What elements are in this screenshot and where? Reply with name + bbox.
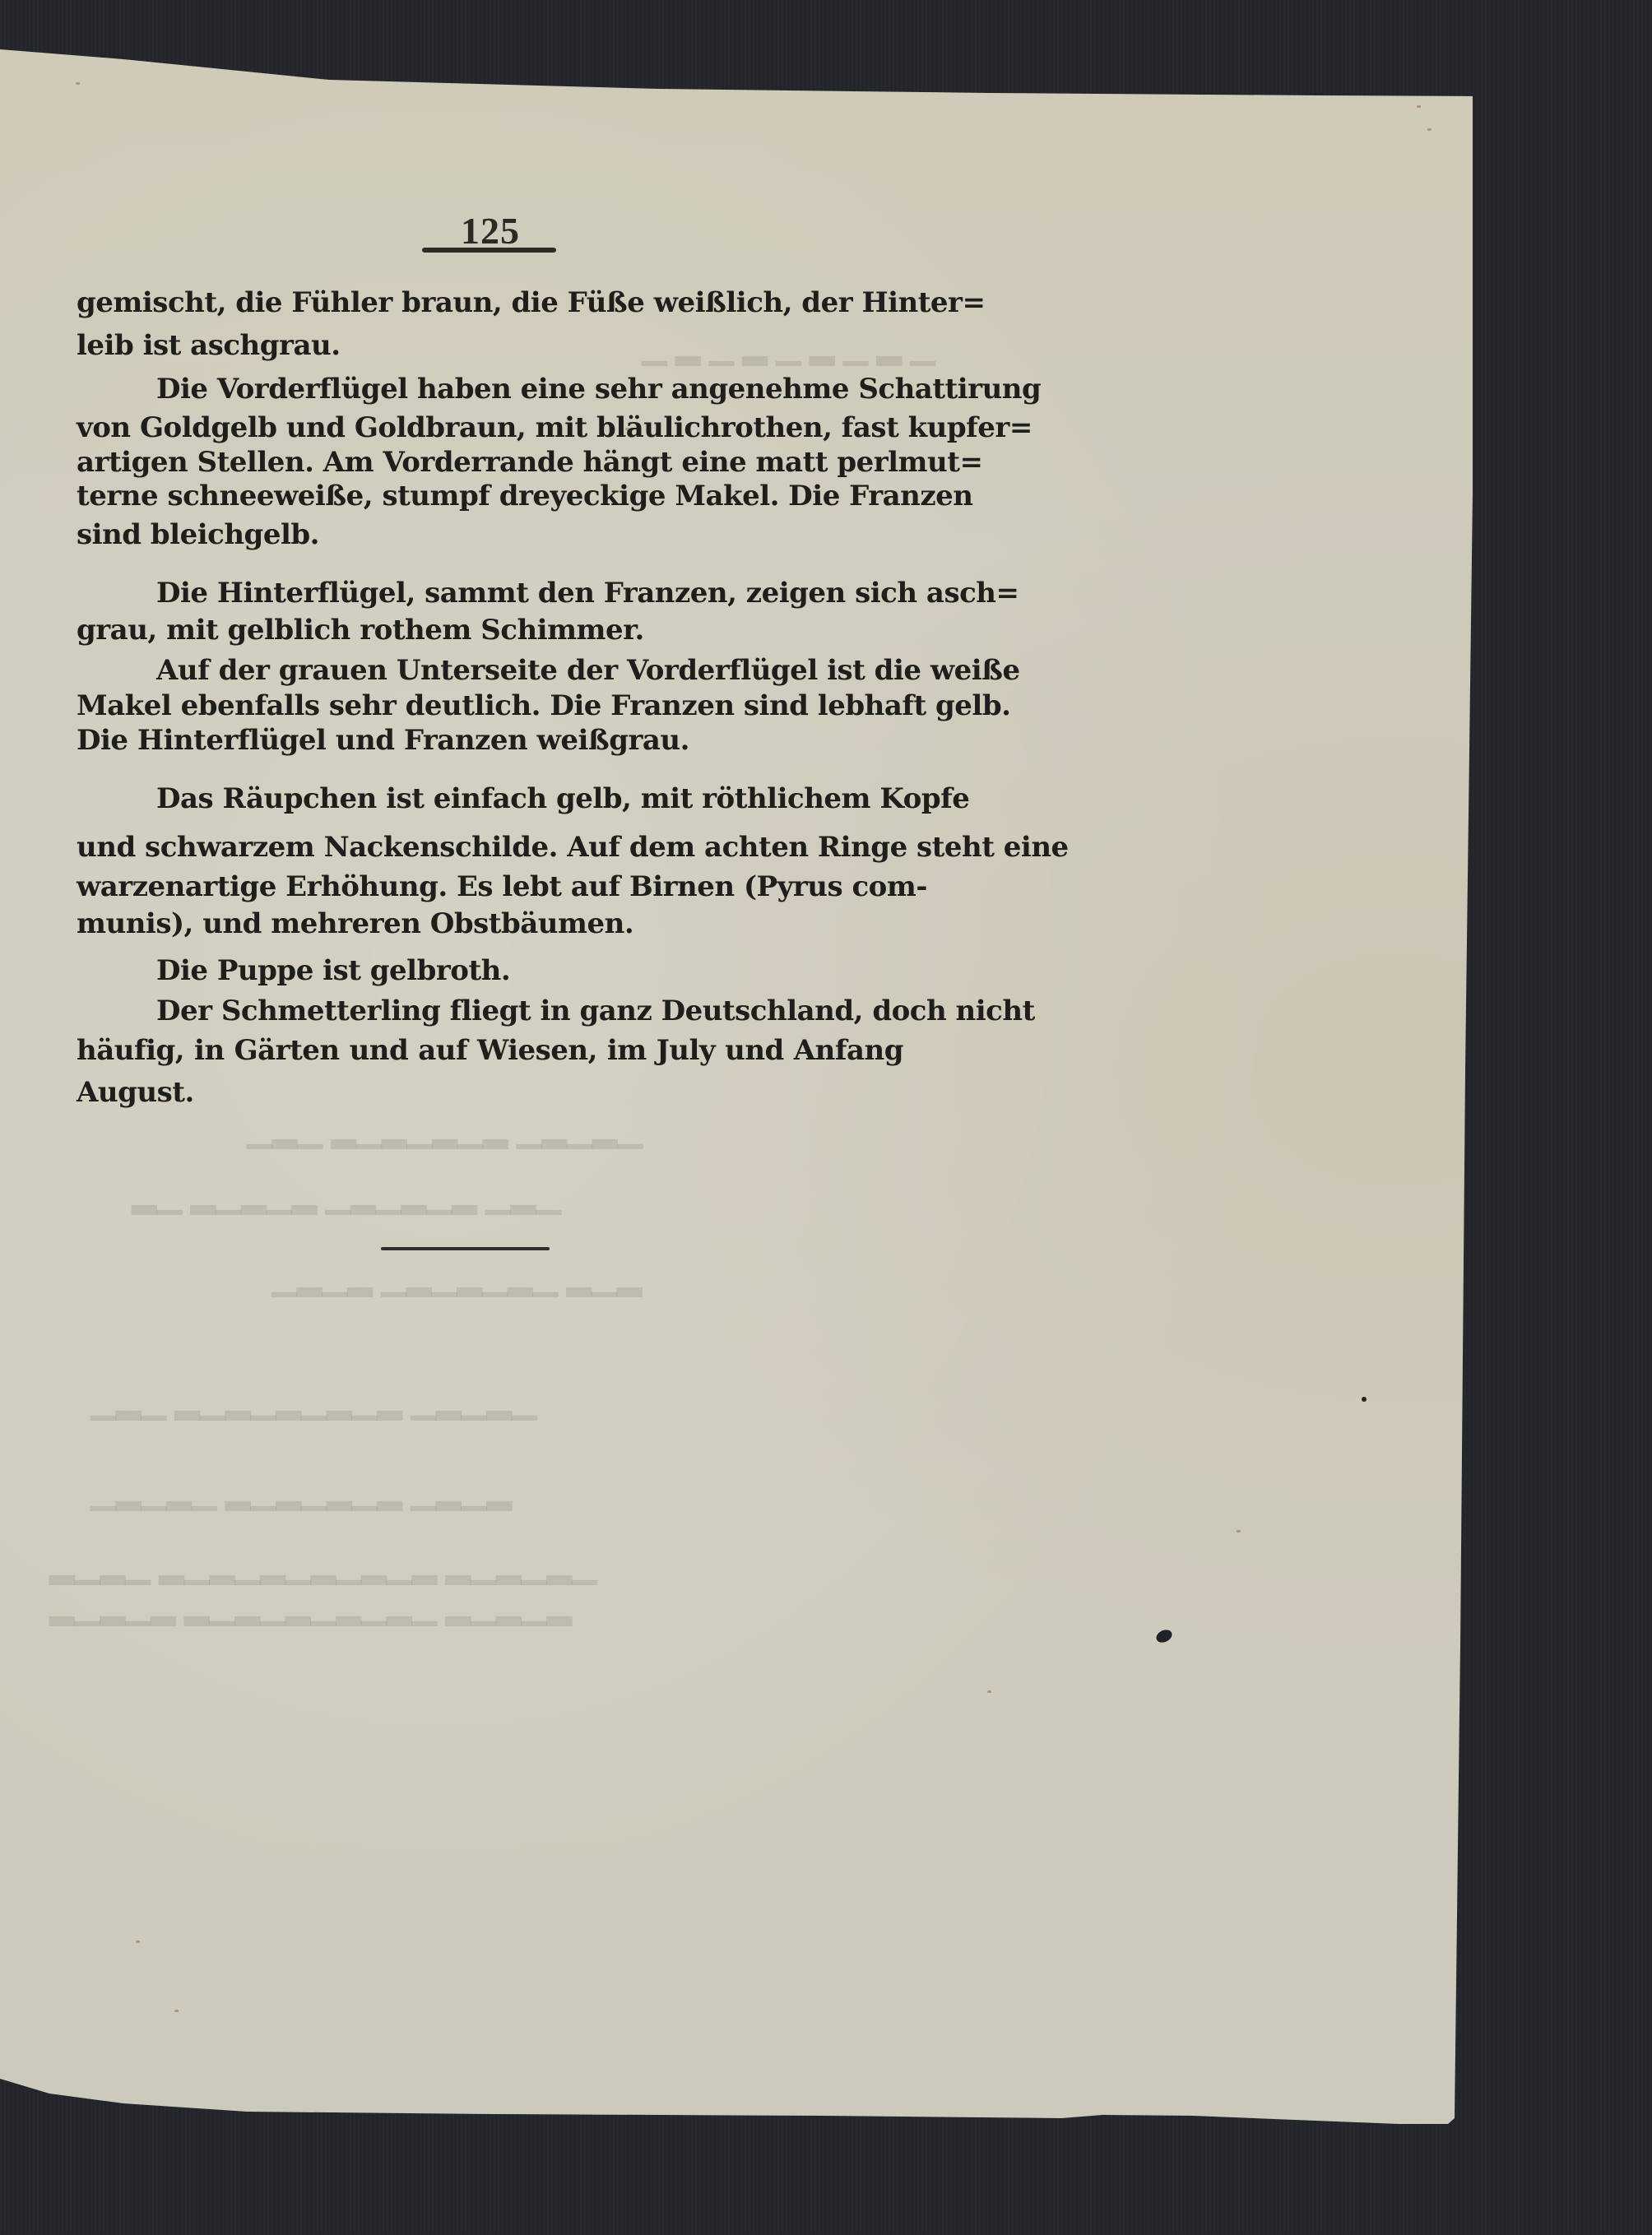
text-line: grau, mit gelblich rothem Schimmer. <box>77 614 903 647</box>
page-number: 125 <box>461 209 520 253</box>
text-line: August. <box>77 1076 903 1109</box>
paragraph-start-line: Das Räupchen ist einfach gelb, mit röthl… <box>156 782 903 815</box>
paragraph-start-line: Die Hinterflügel, sammt den Franzen, zei… <box>156 577 903 610</box>
text-line: sind bleichgelb. <box>77 518 903 551</box>
paper-fleck <box>1237 1530 1241 1533</box>
paper-fleck <box>987 1690 991 1693</box>
paper-fleck <box>1427 128 1432 131</box>
paper-fleck <box>76 82 80 85</box>
ink-speck <box>1362 1397 1367 1402</box>
header-rule <box>422 248 556 253</box>
bleed-through-texture: ▁▂▁▂▁ ▂▁▂▁▂▁▂▁▂ ▁▂▁ <box>90 1382 537 1421</box>
text-line: gemischt, die Fühler braun, die Füße wei… <box>77 286 903 319</box>
text-line: Makel ebenfalls sehr deutlich. Die Franz… <box>77 689 903 722</box>
ink-speck <box>1154 1627 1174 1644</box>
text-line: leib ist aschgrau. <box>77 329 903 362</box>
paragraph-start-line: Der Schmetterling fliegt in ganz Deutsch… <box>156 995 903 1027</box>
text-line: von Goldgelb und Goldbraun, mit bläulich… <box>77 411 903 444</box>
paragraph-start-line: Die Vorderflügel haben eine sehr angeneh… <box>156 373 903 406</box>
paper-fleck <box>1417 105 1421 108</box>
text-line: munis), und mehreren Obstbäumen. <box>77 907 903 940</box>
bleed-through-texture: ▁▂▁▂▁ ▂▁▂▁▂▁▂ ▁▂▁ <box>247 1111 643 1149</box>
bleed-through-texture: ▁▂▁▂▁▂ ▂▁▂▁▂▁▂▁▂▁▂ ▁▂▁▂ <box>49 1546 597 1585</box>
text-line: artigen Stellen. Am Vorderrande hängt ei… <box>77 446 903 479</box>
text-line: terne schneeweiße, stumpf dreyeckige Mak… <box>77 480 903 512</box>
text-line: häufig, in Gärten und auf Wiesen, im Jul… <box>77 1034 903 1067</box>
section-rule <box>381 1247 550 1250</box>
bleed-through-texture: ▁▂▁ ▂▁▂▁▂▁ ▂▁▂▁▂ ▁▂ <box>132 1176 561 1215</box>
text-line: warzenartige Erhöhung. Es lebt auf Birne… <box>77 870 903 903</box>
text-line: und schwarzem Nackenschilde. Auf dem ach… <box>77 831 903 864</box>
paper-fleck <box>625 428 629 430</box>
paper-fleck <box>136 1941 140 1943</box>
paper-fleck <box>174 2010 179 2012</box>
book-page: ▁ ▂ ▁ ▂ ▁ ▂ ▁ ▂ ▁ ▁▂▁▂▁ ▂▁▂▁▂▁▂ ▁▂▁ ▁▂▁ … <box>0 0 1473 2139</box>
paragraph-start-line: Auf der grauen Unterseite der Vorderflüg… <box>156 654 903 687</box>
bleed-through-texture: ▂▁▂▁ ▂▁▂▁▂▁▂ ▁▂▁▂▁ <box>90 1472 512 1511</box>
bleed-through-texture: ▂▁▂ ▁▂▁▂▁▂▁ ▂▁▂▁ <box>271 1259 643 1297</box>
bleed-through-texture: ▂▁▂▁▂ ▁▂▁▂▁▂▁▂▁▂ ▂▁▂▁▂ <box>49 1588 572 1626</box>
paragraph-start-line: Die Puppe ist gelbroth. <box>156 954 903 987</box>
text-line: Die Hinterflügel und Franzen weißgrau. <box>77 724 903 757</box>
